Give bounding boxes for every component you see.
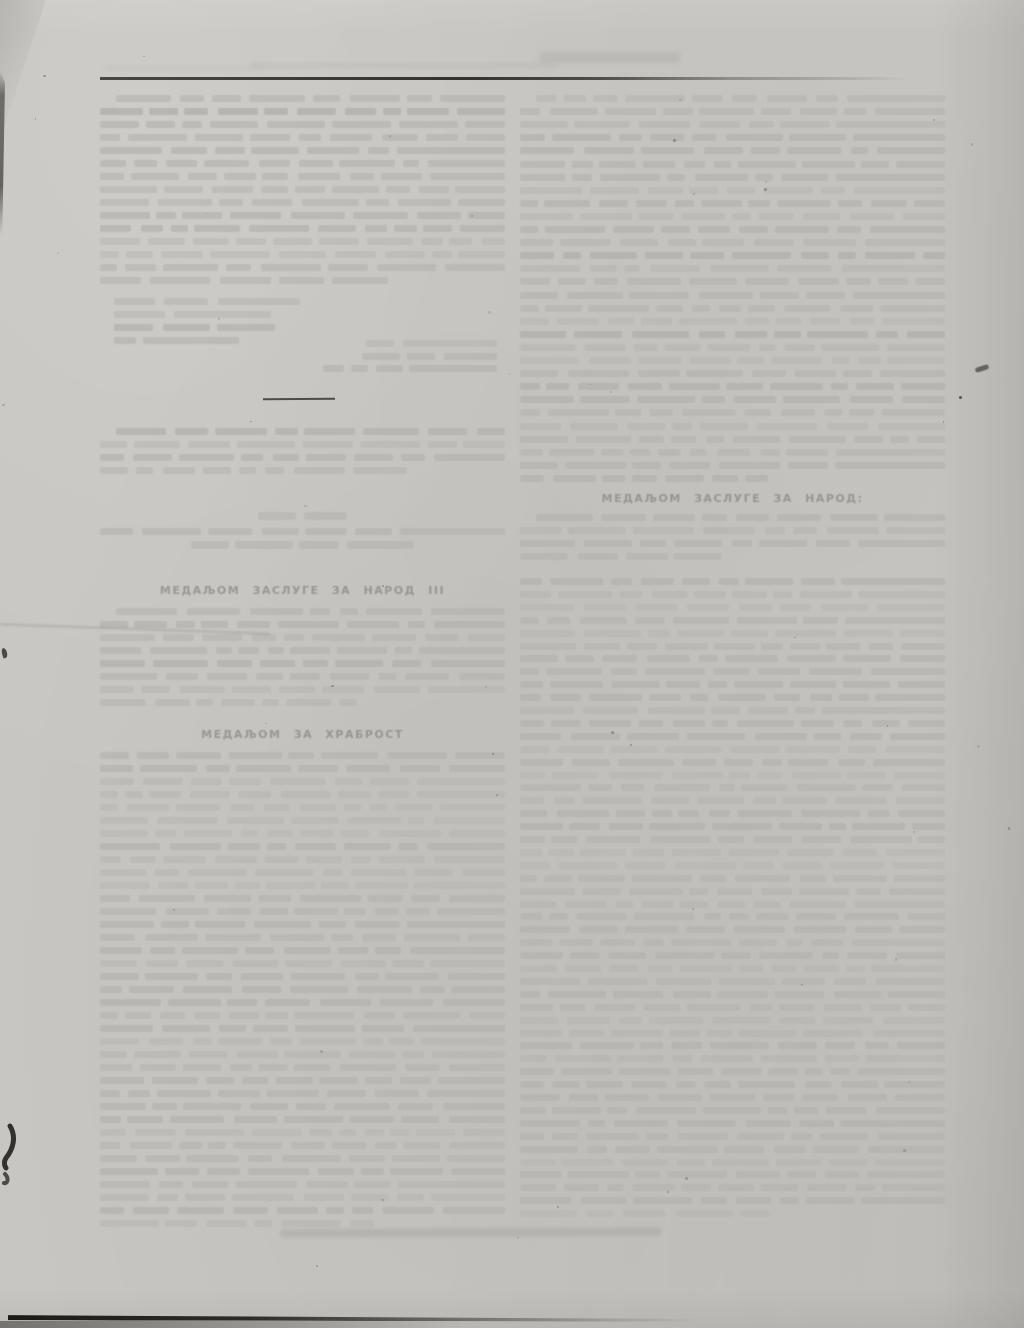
faded-word	[653, 514, 696, 521]
faded-word	[738, 1030, 795, 1037]
faded-word	[714, 161, 731, 168]
faded-word	[142, 528, 201, 535]
faded-word	[734, 681, 783, 688]
faded-word	[682, 578, 710, 585]
faded-word	[686, 370, 742, 377]
faded-word	[520, 746, 549, 753]
faded-word	[100, 830, 147, 837]
faded-word	[736, 1171, 779, 1178]
faded-text-line	[100, 895, 505, 902]
masthead-ghost-line	[250, 63, 560, 68]
faded-word	[264, 108, 288, 115]
faded-word	[430, 173, 505, 180]
faded-word	[416, 1129, 455, 1136]
faded-word	[157, 817, 218, 824]
faded-word	[236, 238, 266, 245]
faded-word	[801, 252, 829, 259]
faded-word	[783, 396, 840, 403]
faded-word	[100, 160, 126, 167]
faded-word	[550, 108, 598, 115]
faded-word	[194, 225, 240, 232]
faded-text-line	[258, 512, 347, 520]
faded-word	[669, 383, 721, 390]
faded-word	[832, 357, 850, 364]
faded-word	[520, 694, 541, 701]
faded-word	[355, 882, 408, 889]
faded-word	[678, 1068, 713, 1075]
faded-word	[100, 108, 143, 115]
faded-word	[708, 681, 728, 688]
faded-word	[417, 212, 461, 219]
faded-word	[844, 630, 893, 637]
faded-word	[583, 707, 639, 714]
faded-word	[871, 668, 945, 675]
faded-word	[164, 298, 208, 305]
faded-word	[303, 660, 328, 667]
faded-word	[145, 1155, 180, 1162]
faded-word	[560, 1004, 586, 1011]
faded-word	[403, 340, 497, 347]
faded-word	[682, 759, 716, 766]
faded-word	[100, 947, 142, 954]
faded-word	[318, 1168, 355, 1175]
faded-word	[437, 908, 505, 915]
faded-word	[321, 752, 378, 759]
faded-word	[520, 1107, 546, 1114]
faded-text-line	[100, 1168, 505, 1175]
faded-word	[814, 733, 841, 740]
faded-text-line	[100, 986, 505, 993]
faded-word	[176, 621, 194, 628]
faded-word	[613, 991, 663, 998]
masthead-ghost-line	[104, 66, 264, 70]
faded-word	[861, 1197, 945, 1204]
faded-word	[902, 396, 945, 403]
faded-word	[207, 1168, 240, 1175]
faded-word	[469, 1012, 505, 1019]
ink-mark-left-edge	[1, 648, 8, 659]
faded-word	[680, 901, 709, 908]
faded-word	[520, 1197, 571, 1204]
faded-word	[896, 161, 945, 168]
faded-word	[609, 823, 643, 830]
faded-word	[278, 621, 339, 628]
faded-word	[802, 1094, 838, 1101]
faded-text-line	[116, 95, 505, 102]
faded-word	[170, 843, 221, 850]
faded-text-line	[520, 875, 945, 882]
faded-word	[268, 647, 284, 654]
faded-word	[611, 668, 637, 675]
faded-word	[427, 1090, 505, 1097]
faded-word	[403, 1142, 439, 1149]
faded-word	[738, 810, 793, 817]
faded-word	[639, 720, 663, 727]
faded-word	[455, 752, 505, 759]
faded-text-line	[191, 541, 414, 549]
faded-word	[327, 1090, 366, 1097]
faded-word	[368, 895, 403, 902]
faded-word	[275, 428, 297, 435]
faded-word	[867, 1171, 945, 1178]
faded-word	[279, 686, 316, 693]
faded-word	[717, 888, 753, 895]
faded-word	[180, 686, 225, 693]
faded-word	[294, 1012, 353, 1019]
faded-word	[149, 791, 181, 798]
faded-word	[882, 318, 945, 325]
faded-word	[588, 978, 647, 985]
faded-word	[259, 1064, 288, 1071]
faded-word	[332, 1142, 367, 1149]
faded-word	[134, 621, 167, 628]
faded-word	[100, 856, 121, 863]
faded-text-line	[520, 383, 945, 390]
faded-word	[405, 673, 449, 680]
faded-word	[375, 908, 399, 915]
faded-word	[820, 1133, 868, 1140]
faded-word	[183, 986, 233, 993]
faded-word	[823, 1017, 874, 1024]
faded-word	[520, 305, 539, 312]
faded-word	[599, 161, 636, 168]
faded-word	[706, 1030, 732, 1037]
faded-word	[876, 1107, 945, 1114]
faded-word	[236, 765, 291, 772]
faded-word	[584, 604, 627, 611]
paper-speck	[971, 143, 974, 146]
faded-text-line	[520, 862, 945, 869]
faded-word	[204, 160, 249, 167]
faded-word	[821, 187, 845, 194]
faded-word	[831, 383, 848, 390]
faded-word	[362, 934, 396, 941]
faded-text-line	[520, 810, 945, 817]
faded-word	[761, 643, 783, 650]
faded-word	[374, 686, 420, 693]
faded-word	[824, 1004, 862, 1011]
faded-word	[801, 578, 835, 585]
faded-word	[712, 720, 728, 727]
faded-text-line	[520, 409, 945, 416]
faded-word	[230, 804, 255, 811]
faded-text-line	[520, 226, 945, 233]
faded-word	[552, 134, 611, 141]
faded-word	[130, 1142, 172, 1149]
faded-text-line	[520, 449, 945, 456]
faded-word	[665, 746, 721, 753]
faded-word	[850, 396, 893, 403]
faded-word	[890, 436, 909, 443]
faded-word	[593, 95, 618, 102]
faded-word	[520, 252, 554, 259]
faded-word	[712, 475, 737, 482]
faded-text-line	[100, 441, 505, 448]
faded-word	[569, 1094, 598, 1101]
faded-word	[100, 752, 129, 759]
faded-word	[166, 160, 197, 167]
faded-word	[619, 1068, 670, 1075]
faded-word	[377, 264, 436, 271]
faded-word	[841, 1081, 878, 1088]
faded-word	[423, 225, 452, 232]
faded-word	[632, 331, 690, 338]
faded-word	[663, 108, 693, 115]
faded-word	[189, 1051, 227, 1058]
faded-word	[232, 960, 278, 967]
faded-text-line	[100, 869, 505, 876]
faded-word	[588, 1120, 605, 1127]
faded-word	[546, 668, 602, 675]
paper-speck	[304, 505, 306, 507]
faded-word	[780, 604, 810, 611]
faded-word	[149, 108, 177, 115]
faded-word	[432, 1051, 504, 1058]
faded-word	[738, 161, 797, 168]
faded-word	[638, 213, 673, 220]
faded-text-line	[323, 365, 497, 372]
faded-word	[414, 869, 453, 876]
faded-word	[737, 720, 794, 727]
faded-word	[100, 647, 141, 654]
faded-word	[838, 252, 856, 259]
faded-word	[787, 849, 834, 856]
faded-word	[366, 199, 389, 206]
faded-word	[352, 1207, 373, 1214]
faded-word	[400, 765, 440, 772]
faded-word	[586, 1081, 623, 1088]
faded-word	[536, 514, 593, 521]
faded-word	[877, 604, 944, 611]
faded-word	[399, 843, 418, 850]
faded-word	[856, 888, 881, 895]
faded-word	[449, 238, 472, 245]
faded-word	[548, 409, 608, 416]
faded-word	[637, 396, 695, 403]
faded-word	[520, 174, 565, 181]
faded-word	[241, 454, 263, 461]
faded-word	[344, 908, 366, 915]
faded-word	[673, 1055, 693, 1062]
faded-word	[252, 1129, 302, 1136]
faded-word	[100, 199, 149, 206]
faded-word	[226, 264, 251, 271]
faded-word	[608, 318, 634, 325]
faded-word	[666, 681, 700, 688]
faded-word	[354, 454, 392, 461]
faded-word	[520, 836, 545, 843]
faded-word	[347, 817, 401, 824]
faded-word	[648, 187, 683, 194]
faded-word	[232, 1194, 294, 1201]
faded-word	[188, 441, 230, 448]
faded-word	[426, 134, 458, 141]
faded-word	[100, 134, 120, 141]
faded-word	[782, 978, 825, 985]
faded-word	[782, 797, 827, 804]
paper-speck	[673, 139, 676, 142]
faded-word	[190, 791, 230, 798]
faded-word	[903, 213, 945, 220]
faded-word	[697, 797, 744, 804]
faded-word	[803, 1030, 863, 1037]
faded-word	[403, 1012, 460, 1019]
faded-word	[100, 1142, 120, 1149]
faded-word	[417, 791, 505, 798]
faded-word	[238, 791, 271, 798]
faded-word	[854, 436, 883, 443]
paper-speck	[580, 1128, 581, 1129]
faded-word	[520, 121, 568, 128]
faded-word	[318, 225, 355, 232]
faded-word	[205, 934, 261, 941]
faded-text-line	[520, 462, 945, 469]
faded-word	[217, 908, 251, 915]
faded-word	[648, 965, 673, 972]
faded-word	[395, 647, 411, 654]
faded-word	[206, 1077, 234, 1084]
faded-word	[896, 952, 945, 959]
faded-word	[207, 673, 246, 680]
faded-word	[633, 849, 664, 856]
faded-word	[398, 1181, 505, 1188]
faded-word	[809, 668, 862, 675]
faded-word	[821, 344, 880, 351]
section-heading-medal-bravery: МЕДАЉОМ ЗА ХРАБРОСТ	[100, 728, 505, 741]
faded-text-line	[100, 199, 505, 206]
faded-word	[100, 147, 162, 154]
faded-word	[568, 1171, 628, 1178]
faded-word	[763, 187, 812, 194]
faded-word	[850, 213, 894, 220]
faded-word	[811, 939, 843, 946]
faded-word	[730, 630, 768, 637]
faded-word	[458, 251, 505, 258]
faded-word	[191, 541, 229, 549]
faded-word	[279, 251, 325, 258]
faded-word	[134, 1051, 182, 1058]
faded-word	[520, 733, 561, 740]
faded-word	[365, 1077, 392, 1084]
faded-word	[717, 449, 751, 456]
faded-word	[114, 311, 165, 318]
faded-word	[779, 1004, 815, 1011]
faded-word	[369, 804, 387, 811]
faded-word	[281, 1220, 341, 1227]
faded-word	[520, 578, 542, 585]
faded-word	[320, 999, 371, 1006]
faded-text-line	[100, 817, 505, 824]
faded-word	[843, 681, 890, 688]
faded-word	[546, 383, 569, 390]
faded-word	[215, 856, 257, 863]
faded-word	[771, 965, 796, 972]
faded-word	[306, 1181, 348, 1188]
faded-word	[672, 849, 721, 856]
faded-word	[727, 187, 754, 194]
faded-word	[145, 973, 197, 980]
faded-word	[868, 810, 889, 817]
faded-word	[836, 174, 945, 181]
faded-word	[886, 527, 945, 534]
faded-word	[440, 95, 505, 102]
faded-word	[340, 1064, 396, 1071]
faded-word	[567, 292, 623, 299]
faded-word	[252, 634, 276, 641]
faded-word	[330, 673, 369, 680]
faded-word	[100, 1038, 139, 1045]
faded-word	[520, 913, 542, 920]
faded-word	[100, 895, 130, 902]
faded-word	[127, 804, 169, 811]
faded-word	[888, 991, 944, 998]
faded-word	[611, 681, 660, 688]
faded-word	[635, 617, 665, 624]
faded-word	[362, 1025, 404, 1032]
faded-word	[759, 952, 813, 959]
faded-word	[279, 277, 324, 284]
paper-speck	[685, 1177, 688, 1180]
faded-word	[587, 1146, 606, 1153]
faded-word	[565, 965, 600, 972]
section-divider-line	[263, 398, 335, 401]
faded-word	[760, 1184, 798, 1191]
faded-word	[150, 277, 210, 284]
faded-word	[411, 895, 440, 902]
top-left-paper-edge-shade	[0, 0, 46, 140]
faded-word	[163, 856, 207, 863]
faded-word	[159, 1181, 183, 1188]
faded-word	[520, 1081, 544, 1088]
faded-text-line	[100, 1077, 505, 1084]
faded-word	[854, 187, 944, 194]
faded-word	[778, 1042, 817, 1049]
faded-word	[455, 186, 504, 193]
faded-word	[709, 810, 731, 817]
faded-text-line	[114, 298, 300, 305]
faded-word	[740, 1210, 770, 1217]
faded-word	[235, 541, 293, 549]
faded-word	[284, 1116, 343, 1123]
faded-text-line	[100, 467, 408, 474]
faded-word	[206, 973, 233, 980]
faded-word	[852, 823, 905, 830]
faded-word	[786, 449, 828, 456]
faded-word	[381, 173, 423, 180]
faded-word	[704, 1081, 731, 1088]
faded-word	[787, 1171, 816, 1178]
faded-word	[248, 1155, 272, 1162]
faded-word	[291, 1142, 325, 1149]
faded-word	[753, 836, 793, 843]
faded-word	[520, 436, 568, 443]
faded-word	[736, 1197, 771, 1204]
faded-word	[675, 862, 736, 869]
faded-word	[417, 778, 505, 785]
faded-word	[845, 617, 945, 624]
faded-word	[588, 784, 613, 791]
faded-text-line	[100, 686, 505, 693]
faded-word	[137, 752, 169, 759]
faded-word	[166, 673, 198, 680]
faded-word	[407, 921, 505, 928]
faded-word	[616, 901, 632, 908]
faded-word	[354, 1181, 391, 1188]
faded-word	[344, 843, 390, 850]
faded-text-line	[520, 707, 945, 714]
faded-word	[233, 1142, 283, 1149]
faded-word	[162, 1025, 210, 1032]
